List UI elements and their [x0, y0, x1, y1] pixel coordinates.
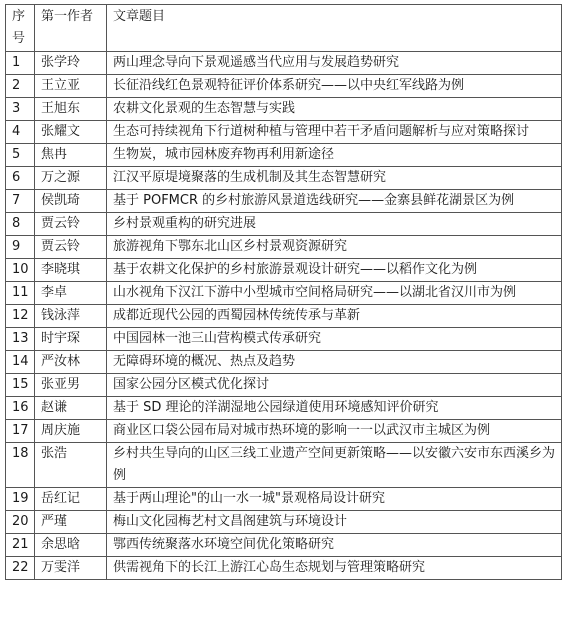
table-row: 6万之源江汉平原堤境聚落的生成机制及其生态智慧研究: [6, 167, 562, 190]
cell-index: 3: [6, 98, 35, 121]
cell-title: 旅游视角下鄂东北山区乡村景观资源研究: [107, 236, 562, 259]
cell-index: 1: [6, 52, 35, 75]
cell-author: 严汝林: [35, 351, 107, 374]
table-row: 15张亚男国家公园分区模式优化探讨: [6, 374, 562, 397]
cell-author: 王旭东: [35, 98, 107, 121]
table-row: 18张浩乡村共生导向的山区三线工业遗产空间更新策略——以安徽六安市东西溪乡为例: [6, 443, 562, 488]
table-row: 9贾云铃旅游视角下鄂东北山区乡村景观资源研究: [6, 236, 562, 259]
cell-title: 基于 SD 理论的洋湖湿地公园绿道使用环境感知评价研究: [107, 397, 562, 420]
cell-index: 11: [6, 282, 35, 305]
cell-author: 余思晗: [35, 534, 107, 557]
table-row: 10李晓琪基于农耕文化保护的乡村旅游景观设计研究——以稻作文化为例: [6, 259, 562, 282]
table-row: 8贾云铃乡村景观重构的研究进展: [6, 213, 562, 236]
cell-title: 两山理念导向下景观遥感当代应用与发展趋势研究: [107, 52, 562, 75]
cell-index: 12: [6, 305, 35, 328]
cell-title: 乡村景观重构的研究进展: [107, 213, 562, 236]
cell-author: 张耀文: [35, 121, 107, 144]
table-header-row: 序号 第一作者 文章题目: [6, 5, 562, 52]
cell-index: 14: [6, 351, 35, 374]
cell-index: 15: [6, 374, 35, 397]
cell-author: 周庆施: [35, 420, 107, 443]
cell-author: 张浩: [35, 443, 107, 488]
cell-index: 18: [6, 443, 35, 488]
cell-title: 生态可持续视角下行道树种植与管理中若干矛盾问题解析与应对策略探讨: [107, 121, 562, 144]
table-row: 1张学玲两山理念导向下景观遥感当代应用与发展趋势研究: [6, 52, 562, 75]
cell-author: 李卓: [35, 282, 107, 305]
table-row: 17周庆施商业区口袋公园布局对城市热环境的影响一一以武汉市主城区为例: [6, 420, 562, 443]
header-index: 序号: [6, 5, 35, 52]
cell-title: 江汉平原堤境聚落的生成机制及其生态智慧研究: [107, 167, 562, 190]
cell-author: 钱泳萍: [35, 305, 107, 328]
cell-index: 9: [6, 236, 35, 259]
cell-title: 山水视角下汉江下游中小型城市空间格局研究——以湖北省汉川市为例: [107, 282, 562, 305]
cell-author: 李晓琪: [35, 259, 107, 282]
cell-title: 中国园林一池三山营构模式传承研究: [107, 328, 562, 351]
cell-index: 19: [6, 488, 35, 511]
cell-title: 国家公园分区模式优化探讨: [107, 374, 562, 397]
cell-index: 5: [6, 144, 35, 167]
cell-index: 22: [6, 557, 35, 580]
header-author: 第一作者: [35, 5, 107, 52]
cell-index: 13: [6, 328, 35, 351]
cell-author: 王立亚: [35, 75, 107, 98]
cell-index: 8: [6, 213, 35, 236]
table-row: 16赵谦基于 SD 理论的洋湖湿地公园绿道使用环境感知评价研究: [6, 397, 562, 420]
table-row: 2王立亚长征沿线红色景观特征评价体系研究——以中央红军线路为例: [6, 75, 562, 98]
cell-author: 张亚男: [35, 374, 107, 397]
table-row: 4张耀文生态可持续视角下行道树种植与管理中若干矛盾问题解析与应对策略探讨: [6, 121, 562, 144]
cell-title: 生物炭，城市园林废弃物再利用新途径: [107, 144, 562, 167]
cell-index: 21: [6, 534, 35, 557]
cell-author: 时宇琛: [35, 328, 107, 351]
cell-author: 焦冉: [35, 144, 107, 167]
table-row: 7侯凯琦基于 POFMCR 的乡村旅游风景道选线研究——金寨县鲜花湖景区为例: [6, 190, 562, 213]
cell-index: 4: [6, 121, 35, 144]
cell-author: 侯凯琦: [35, 190, 107, 213]
cell-index: 16: [6, 397, 35, 420]
table-row: 14严汝林无障碍环境的概况、热点及趋势: [6, 351, 562, 374]
table-row: 20严瑾梅山文化园梅艺村文昌阁建筑与环境设计: [6, 511, 562, 534]
cell-author: 贾云铃: [35, 213, 107, 236]
papers-table: 序号 第一作者 文章题目 1张学玲两山理念导向下景观遥感当代应用与发展趋势研究2…: [5, 4, 562, 580]
cell-title: 商业区口袋公园布局对城市热环境的影响一一以武汉市主城区为例: [107, 420, 562, 443]
cell-author: 万雯洋: [35, 557, 107, 580]
cell-title: 农耕文化景观的生态智慧与实践: [107, 98, 562, 121]
cell-title: 乡村共生导向的山区三线工业遗产空间更新策略——以安徽六安市东西溪乡为例: [107, 443, 562, 488]
cell-index: 6: [6, 167, 35, 190]
cell-title: 供需视角下的长江上游江心岛生态规划与管理策略研究: [107, 557, 562, 580]
cell-author: 赵谦: [35, 397, 107, 420]
cell-title: 基于 POFMCR 的乡村旅游风景道选线研究——金寨县鲜花湖景区为例: [107, 190, 562, 213]
cell-author: 万之源: [35, 167, 107, 190]
cell-index: 17: [6, 420, 35, 443]
cell-author: 张学玲: [35, 52, 107, 75]
cell-author: 岳红记: [35, 488, 107, 511]
table-row: 12钱泳萍成都近现代公园的西蜀园林传统传承与革新: [6, 305, 562, 328]
cell-index: 7: [6, 190, 35, 213]
table-row: 19岳红记基于两山理论"的山一水一城"景观格局设计研究: [6, 488, 562, 511]
cell-index: 2: [6, 75, 35, 98]
cell-author: 贾云铃: [35, 236, 107, 259]
cell-title: 鄂西传统聚落水环境空间优化策略研究: [107, 534, 562, 557]
cell-author: 严瑾: [35, 511, 107, 534]
header-title: 文章题目: [107, 5, 562, 52]
cell-title: 无障碍环境的概况、热点及趋势: [107, 351, 562, 374]
cell-title: 长征沿线红色景观特征评价体系研究——以中央红军线路为例: [107, 75, 562, 98]
cell-title: 成都近现代公园的西蜀园林传统传承与革新: [107, 305, 562, 328]
table-row: 21余思晗鄂西传统聚落水环境空间优化策略研究: [6, 534, 562, 557]
cell-title: 基于农耕文化保护的乡村旅游景观设计研究——以稻作文化为例: [107, 259, 562, 282]
table-row: 13时宇琛中国园林一池三山营构模式传承研究: [6, 328, 562, 351]
table-row: 3王旭东农耕文化景观的生态智慧与实践: [6, 98, 562, 121]
table-row: 22万雯洋供需视角下的长江上游江心岛生态规划与管理策略研究: [6, 557, 562, 580]
table-row: 11李卓山水视角下汉江下游中小型城市空间格局研究——以湖北省汉川市为例: [6, 282, 562, 305]
cell-title: 梅山文化园梅艺村文昌阁建筑与环境设计: [107, 511, 562, 534]
table-row: 5焦冉生物炭，城市园林废弃物再利用新途径: [6, 144, 562, 167]
cell-title: 基于两山理论"的山一水一城"景观格局设计研究: [107, 488, 562, 511]
table-body: 1张学玲两山理念导向下景观遥感当代应用与发展趋势研究2王立亚长征沿线红色景观特征…: [6, 52, 562, 580]
cell-index: 20: [6, 511, 35, 534]
cell-index: 10: [6, 259, 35, 282]
